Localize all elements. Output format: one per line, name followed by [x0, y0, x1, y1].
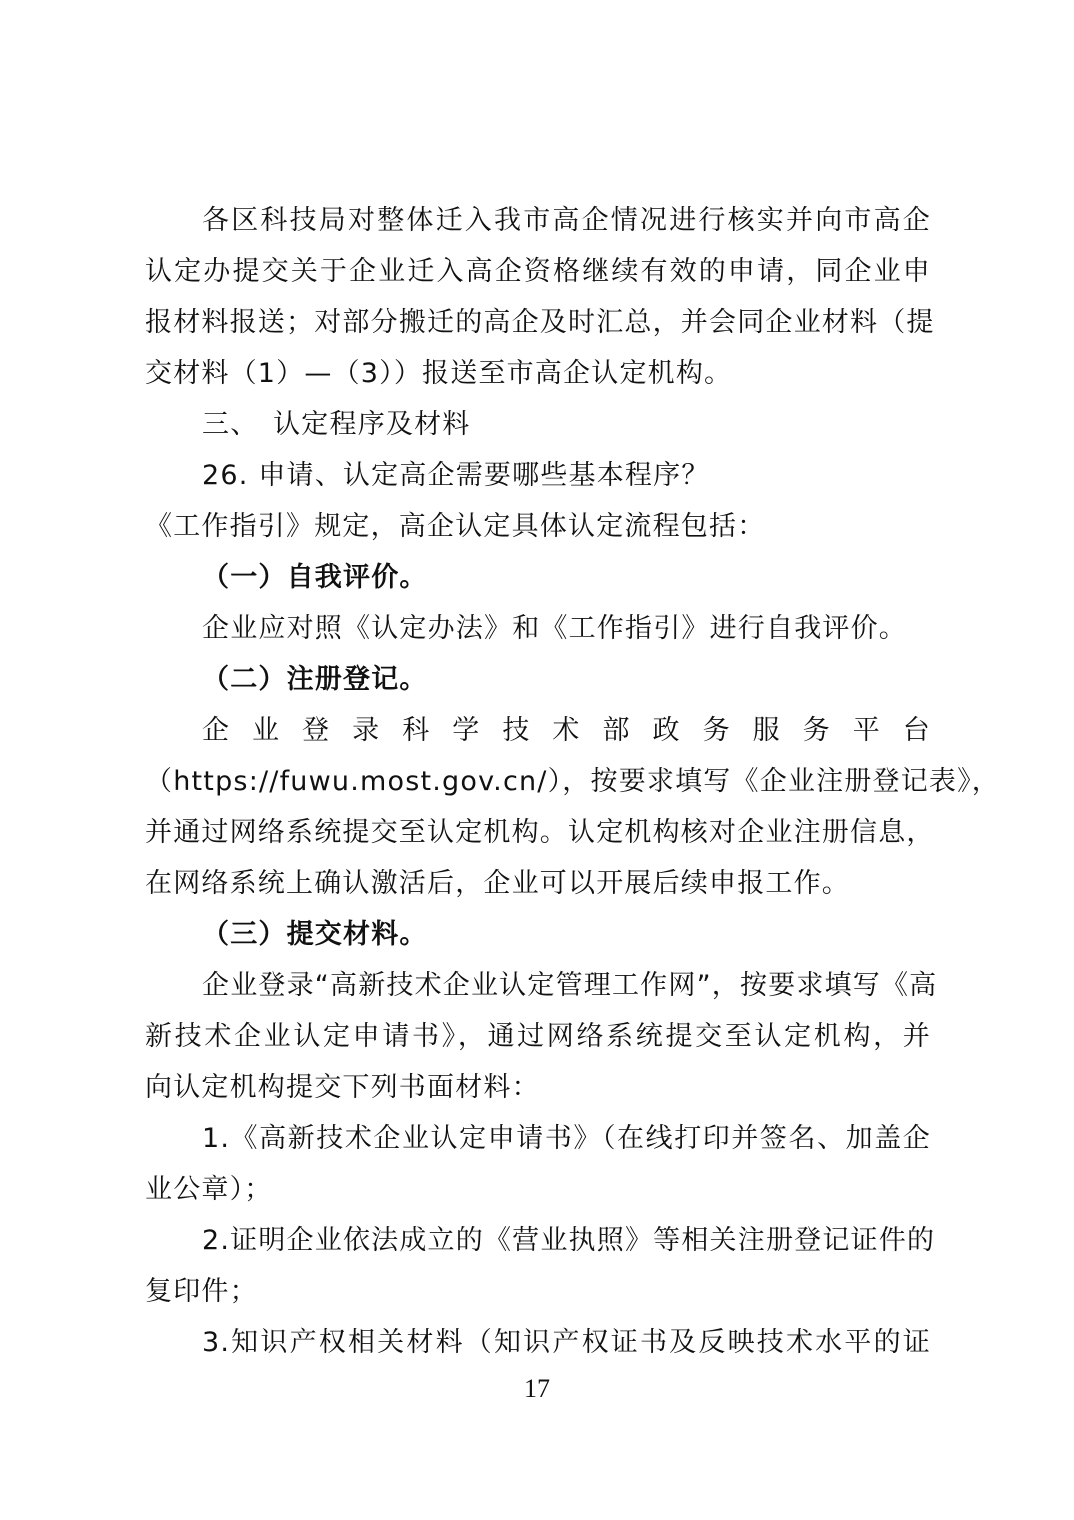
step-text: 新技术企业认定申请书》，通过网络系统提交至认定机构，并: [145, 1019, 931, 1055]
step-heading-self-evaluation: （一）自我评价。: [202, 560, 931, 596]
step-text: 企业登录“高新技术企业认定管理工作网”，按要求填写《高: [202, 968, 931, 1004]
paragraph-line: 交材料（1）—（3））报送至市高企认定机构。: [145, 356, 931, 392]
step-text-with-url: （https://fuwu.most.gov.cn/），按要求填写《企业注册登记…: [145, 764, 931, 800]
intro-text: 《工作指引》规定，高企认定具体认定流程包括：: [145, 509, 931, 545]
paragraph-line: 报材料报送；对部分搬迁的高企及时汇总，并会同企业材料（提: [145, 305, 931, 341]
material-item: 2.证明企业依法成立的《营业执照》等相关注册登记证件的: [202, 1223, 931, 1259]
page-number: 17: [0, 1374, 1074, 1404]
step-text: 在网络系统上确认激活后，企业可以开展后续申报工作。: [145, 866, 931, 902]
step-text: 并通过网络系统提交至认定机构。认定机构核对企业注册信息，: [145, 815, 931, 851]
question-heading: 26. 申请、认定高企需要哪些基本程序？: [202, 458, 931, 494]
step-heading-registration: （二）注册登记。: [202, 662, 931, 698]
step-text: 企业应对照《认定办法》和《工作指引》进行自我评价。: [202, 611, 931, 647]
step-heading-submit-materials: （三）提交材料。: [202, 917, 931, 953]
section-heading: 三、 认定程序及材料: [202, 407, 931, 443]
step-text: 企业登录科学技术部政务服务平台: [202, 713, 931, 749]
paragraph-line: 认定办提交关于企业迁入高企资格继续有效的申请，同企业申: [145, 254, 931, 290]
material-item: 1.《高新技术企业认定申请书》（在线打印并签名、加盖企: [202, 1121, 931, 1157]
material-item: 3.知识产权相关材料（知识产权证书及反映技术水平的证: [202, 1325, 931, 1361]
material-item-cont: 复印件；: [145, 1274, 931, 1310]
paragraph-line: 各区科技局对整体迁入我市高企情况进行核实并向市高企: [202, 203, 931, 239]
step-text: 向认定机构提交下列书面材料：: [145, 1070, 931, 1106]
document-page: 各区科技局对整体迁入我市高企情况进行核实并向市高企 认定办提交关于企业迁入高企资…: [0, 0, 1074, 1520]
material-item-cont: 业公章）；: [145, 1172, 931, 1208]
